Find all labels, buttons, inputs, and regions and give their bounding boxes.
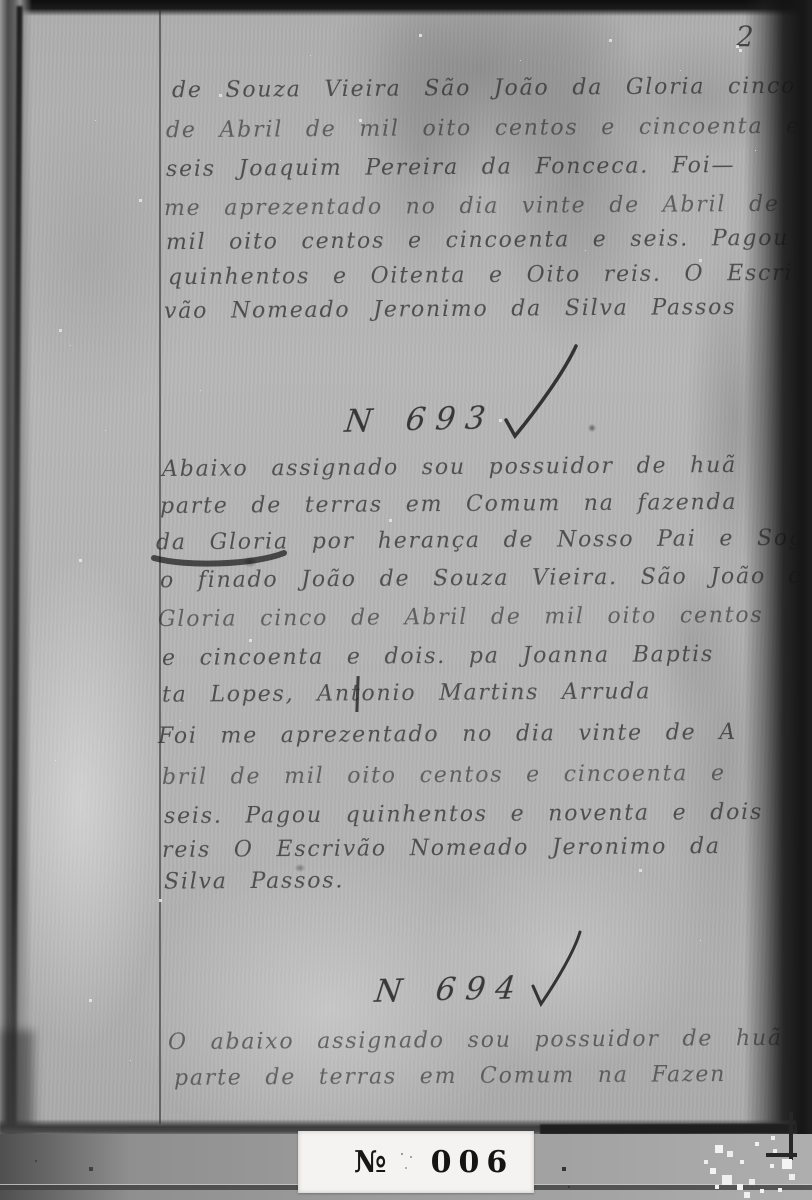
manuscript-line: Abaixo assignado sou possuidor de huã: [162, 453, 737, 482]
manuscript-line: Foi me aprezentado no dia vinte de A: [158, 720, 737, 749]
manuscript-line: bril de mil oito centos e cincoenta e: [162, 761, 726, 790]
manuscript-line: de Souza Vieira São João da Gloria cinco: [172, 74, 796, 103]
dark-specks: [0, 0, 2, 2]
manuscript-line: mil oito centos e cincoenta e seis. Pago…: [166, 226, 789, 255]
manuscript-line: o finado João de Souza Vieira. São João …: [160, 564, 812, 594]
manuscript-line: de Abril de mil oito centos e cincoenta …: [166, 114, 801, 143]
manuscript-line: me aprezentado no dia vinte de Abril de: [164, 192, 780, 221]
manuscript-line: parte de terras em Comum na Fazen: [174, 1062, 726, 1091]
pencil-dots: [387, 1131, 431, 1193]
page-bottom-edge-shadow: [540, 1124, 796, 1135]
manuscript-line: O abaixo assignado sou possuidor de huã: [168, 1026, 783, 1055]
manuscript-line: Gloria cinco de Abril de mil oito centos: [158, 603, 764, 632]
page-corner-mark: [766, 1153, 797, 1157]
manuscript-line: seis Joaquim Pereira da Fonceca. Foi—: [166, 153, 736, 182]
label-number: 006: [431, 1145, 515, 1180]
numero-symbol: №: [354, 1145, 387, 1180]
manuscript-line: vão Nomeado Jeronimo da Silva Passos: [164, 295, 736, 324]
manuscript-line: seis. Pagou quinhentos e noventa e dois: [164, 800, 763, 829]
manuscript-scan-page: 2 de Souza Vieira São João da Gloria cin…: [0, 0, 812, 1200]
book-right-binding: [744, 0, 812, 1140]
manuscript-line: Silva Passos.: [164, 868, 344, 894]
archival-number-label: № 006: [298, 1131, 534, 1193]
manuscript-line: ta Lopes, Antonio Martins Arruda: [162, 679, 651, 707]
manuscript-line: parte de terras em Comum na fazenda: [160, 490, 737, 519]
manuscript-line: quinhentos e Oitenta e Oito reis. O Escr…: [168, 261, 793, 290]
manuscript-line: reis O Escrivão Nomeado Jeronimo da: [162, 834, 721, 863]
manuscript-line: e cincoenta e dois. pa Joanna Baptis: [162, 642, 714, 671]
book-top-edge: [0, 0, 812, 16]
